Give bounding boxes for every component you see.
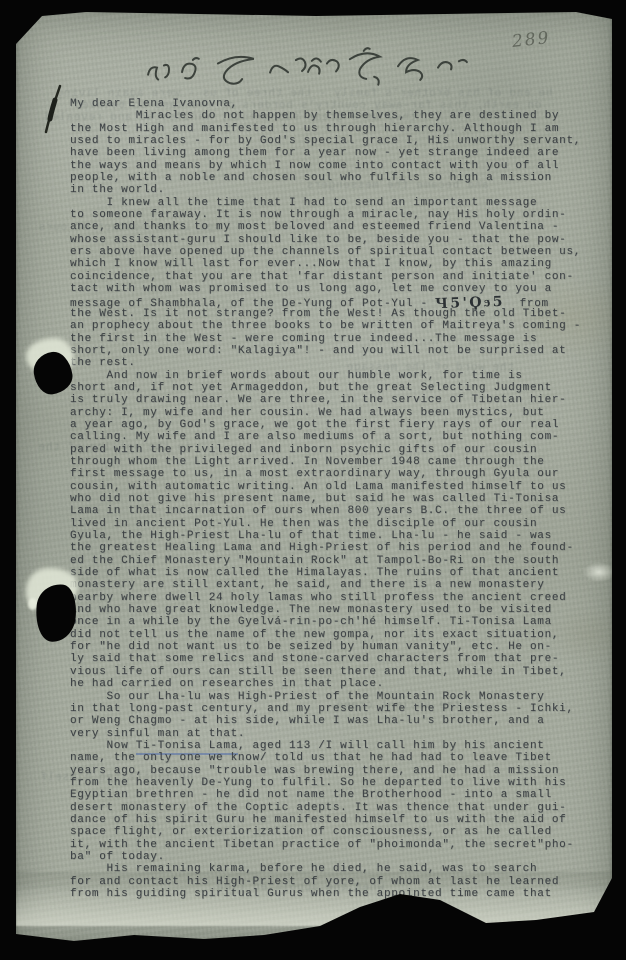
letter-line: short, only one word: "Kalagiya"! - and … [70, 345, 598, 357]
torn-paper-speck [28, 598, 37, 610]
letter-line: it, with the ancient Tibetan practice of… [70, 839, 598, 851]
letter-line: the greatest Healing Lama and High-Pries… [70, 542, 598, 554]
letter-line: which I know will last for ever...Now th… [70, 258, 598, 270]
letter-line: archy: I, my wife and her cousin. We had… [70, 407, 598, 419]
letter-line: once in a while by the Gyelvá-rin-po-ch'… [70, 616, 598, 628]
letter-line: the ways and means by which I now come i… [70, 160, 598, 172]
page-number-annotation: 289 [511, 28, 551, 52]
letter-line: Gyula, the High-Priest Lha-lu of that ti… [70, 530, 598, 542]
letter-line: in that long-past century, and my presen… [70, 703, 598, 715]
letter-line: the Most High and manifested to us throu… [70, 123, 598, 135]
letter-line: have been living among them for a year n… [70, 147, 598, 159]
letter-line: he had carried on researches in that pla… [70, 678, 598, 690]
letter-line: ba" of today. [70, 851, 598, 863]
letter-line: who did not give his present name, but s… [70, 493, 598, 505]
letter-line: through whom the Light arrived. In Novem… [70, 456, 598, 468]
letter-line: coincidence, that you are that 'far dist… [70, 271, 598, 283]
letter-line: very sinful man at that. [70, 728, 598, 740]
letter-line: lived in ancient Pot-Yul. He then was th… [70, 518, 598, 530]
punch-hole-halo-top [26, 338, 74, 374]
handwritten-inline-tibetan: Ч5'Ϙϧ5 [435, 295, 505, 310]
letter-line: in the world. [70, 184, 598, 196]
letter-line: whose assistant-guru I should like to be… [70, 234, 598, 246]
photo-background: { "page": { "number": "289", "inscriptio… [0, 0, 626, 960]
punch-hole-top [31, 350, 74, 397]
letter-line: pared with the privileged and inborn psy… [70, 444, 598, 456]
letter-line: space flight, or exteriorization of cons… [70, 826, 598, 838]
handwritten-tibetan-inscription [138, 43, 469, 95]
letter-line: Egyptian brethren - he did not name the … [70, 789, 598, 801]
letter-line: My dear Elena Ivanovna, [70, 98, 598, 110]
letter-line: and who have great knowledge. The new mo… [70, 604, 598, 616]
letter-line: did not tell us the name of the new gomp… [70, 629, 598, 641]
letter-line: ly said that some relics and stone-carve… [70, 653, 598, 665]
letter-line: ed the Chief Monastery "Mountain Rock" a… [70, 555, 598, 567]
letter-line: the West. Is it not strange? from the We… [70, 308, 598, 320]
letter-line: for and contact his High-Priest of yore,… [70, 876, 598, 888]
letter-line: tact with whom was promised to us long a… [70, 283, 598, 295]
letter-body: My dear Elena Ivanovna, Miracles do not … [70, 98, 598, 900]
letter-line: vious life of ours can still be seen the… [70, 666, 598, 678]
letter-line: is truly drawing near. We are three, in … [70, 394, 598, 406]
pen-stroke [46, 86, 60, 132]
letter-line: dance of his spirit Guru he manifested h… [70, 814, 598, 826]
letter-line: people, with a noble and chosen soul who… [70, 172, 598, 184]
letter-line: monastery are still extant, he said, and… [70, 579, 598, 591]
letter-line: His remaining karma, before he died, he … [70, 863, 598, 875]
letter-line: from the heavenly De-Yung to fulfil. So … [70, 777, 598, 789]
letter-line: from his guiding spiritual Gurus when th… [70, 888, 598, 900]
letter-line: So our Lha-lu was High-Priest of the Mou… [70, 691, 598, 703]
letter-line: Miracles do not happen by themselves, th… [70, 110, 598, 122]
letter-line: calling. My wife and I are also mediums … [70, 431, 598, 443]
letter-line: message of Shambhala, of the De-Yung of … [70, 296, 598, 308]
letter-line: used to miracles - for by God's special … [70, 135, 598, 147]
pen-stroke-thick [50, 100, 55, 119]
letter-line: I knew all the time that I had to send a… [70, 197, 598, 209]
letter-line: the first in the West - were coming true… [70, 333, 598, 345]
letter-line: or Weng Chagmo - at his side, while I wa… [70, 715, 598, 727]
letter-line: And now in brief words about our humble … [70, 370, 598, 382]
letter-line: cousin, with automatic writing. An old L… [70, 481, 598, 493]
letter-line: ance, and thanks to my most beloved and … [70, 221, 598, 233]
letter-line: desert monastery of the Coptic adepts. I… [70, 802, 598, 814]
line-segment: , aged 113 /I will call him by his ancie… [238, 740, 545, 752]
letter-line: years ago, because "trouble was brewing … [70, 765, 598, 777]
letter-line: for "he did not want us to be seized by … [70, 641, 598, 653]
inscription-strokes [148, 46, 468, 88]
paper-sheet: he end of his brother's family - the thr… [16, 10, 612, 942]
letter-line: ers above have opened up the channels of… [70, 246, 598, 258]
line-segment: Now [70, 740, 136, 752]
letter-line: the rest. [70, 357, 598, 369]
letter-line: a year ago, by God's grace, we got the f… [70, 419, 598, 431]
letter-line: Lama in that incarnation of ours when 80… [70, 505, 598, 517]
letter-line: to someone faraway. It is now through a … [70, 209, 598, 221]
letter-line: Now Ti-Tonisa Lama, aged 113 /I will cal… [70, 740, 598, 752]
letter-line: nearby where dwell 24 holy lamas who sti… [70, 592, 598, 604]
letter-line: name, the only one we know/ told us that… [70, 752, 598, 764]
letter-line: side of what is now called the Himalayas… [70, 567, 598, 579]
letter-line: first message to us, in a most extraordi… [70, 468, 598, 480]
letter-line: an prophecy about the three books to be … [70, 320, 598, 332]
letter-line: short and, if not yet Armageddon, but th… [70, 382, 598, 394]
pen-stroke-mark [38, 80, 68, 140]
